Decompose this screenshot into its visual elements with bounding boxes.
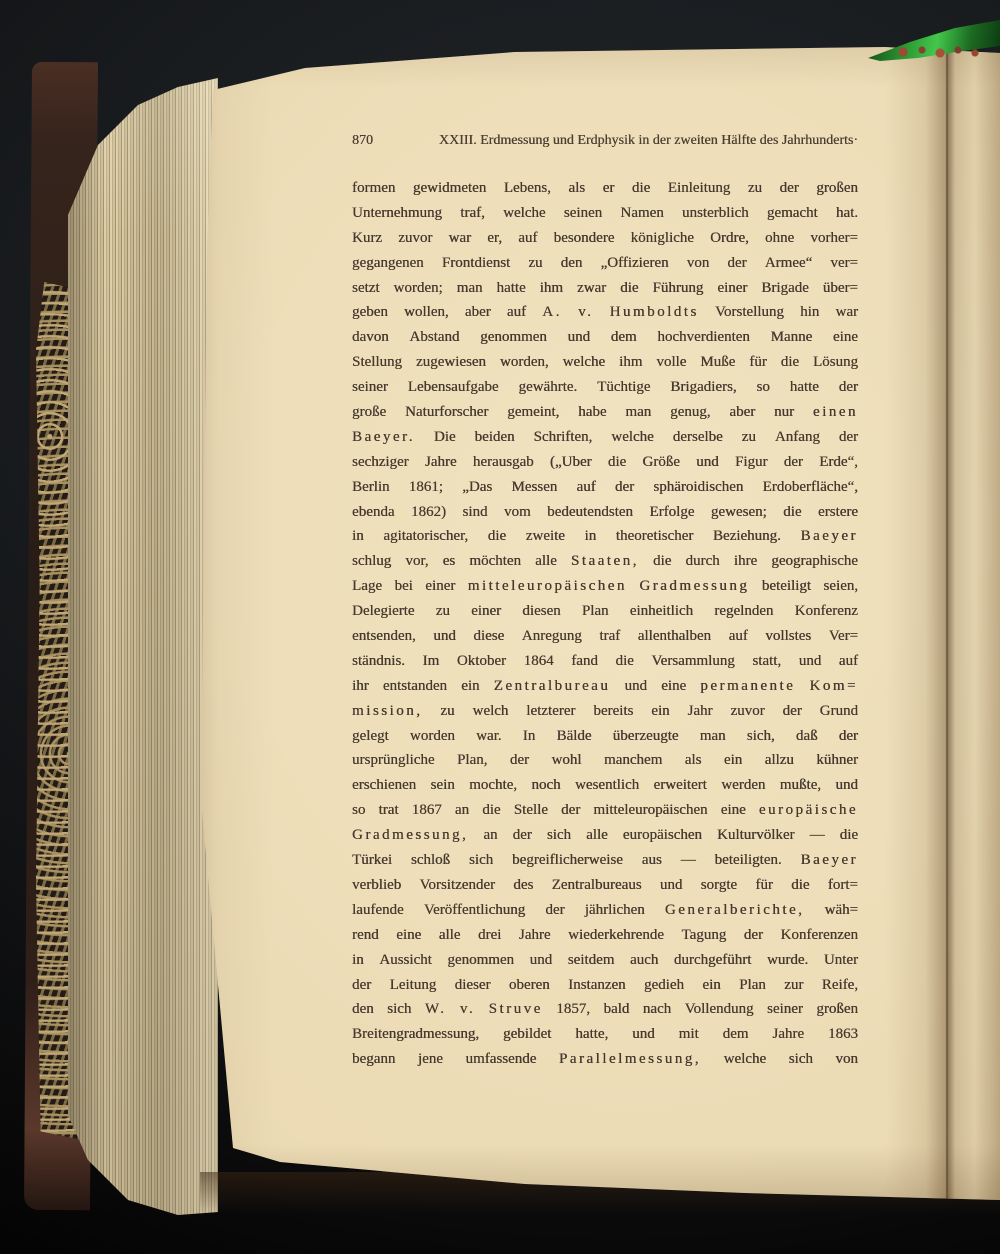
word: v. <box>578 300 593 325</box>
word: einer <box>717 276 747 301</box>
word: Staaten, <box>571 549 639 574</box>
word: mitteleuropäischen <box>593 798 707 823</box>
book-page: 870 XXIII. Erdmessung und Erdphysik in d… <box>185 40 1000 1215</box>
word: königliche <box>631 226 694 251</box>
word: hatte <box>496 276 525 301</box>
word: in <box>352 948 364 973</box>
word: sich <box>387 997 411 1022</box>
word: Plan <box>582 599 609 624</box>
word: eine <box>396 923 421 948</box>
word: die <box>783 500 801 525</box>
word: zu <box>436 599 450 624</box>
text-line: LagebeieinermitteleuropäischenGradmessun… <box>352 574 858 599</box>
text-line: inAussichtgenommenundseitdemauchdurchgef… <box>352 948 858 973</box>
word: Vorsitzender <box>419 873 495 898</box>
word: seinen <box>564 201 602 226</box>
word: wiederkehrende <box>568 923 664 948</box>
word: vollstes <box>765 624 811 649</box>
word: Instanzen <box>568 973 625 998</box>
word: von <box>687 251 710 276</box>
word: die <box>608 450 626 475</box>
word: die <box>620 276 638 301</box>
word: sind <box>462 500 487 525</box>
word: die <box>791 873 809 898</box>
fanned-page-edges <box>68 75 218 1215</box>
chapter-header: XXIII. Erdmessung und Erdphysik in der z… <box>439 133 858 149</box>
running-head: 870 XXIII. Erdmessung und Erdphysik in d… <box>352 133 858 153</box>
word: mission, <box>352 699 422 724</box>
word: Bälde <box>556 724 591 749</box>
word: begann <box>352 1047 395 1072</box>
word: Plan <box>739 973 766 998</box>
word: erschienen <box>352 773 416 798</box>
text-line: rendeinealledreiJahrewiederkehrendeTagun… <box>352 923 858 948</box>
word: für <box>755 873 773 898</box>
word: so <box>756 375 769 400</box>
word: die <box>781 350 799 375</box>
word: besondere <box>554 226 615 251</box>
word: Kulturvölker <box>717 823 794 848</box>
text-line: derLeitungdieseroberenInstanzengediehein… <box>352 973 858 998</box>
word: theoretischer <box>616 524 693 549</box>
word: diesen <box>522 599 560 624</box>
word: gemeint, <box>507 400 559 425</box>
word: Unter <box>824 948 858 973</box>
word: mit <box>679 1022 699 1047</box>
word: zugewiesen <box>416 350 486 375</box>
word: sorgte <box>701 873 737 898</box>
word: der <box>839 375 858 400</box>
word: der <box>727 251 746 276</box>
text-line: Stellungzugewiesenworden,welcheihmvolleM… <box>352 350 858 375</box>
word: Schriften, <box>534 425 593 450</box>
word: ursprüngliche <box>352 748 434 773</box>
word: ihr <box>352 674 369 699</box>
word: einer <box>471 599 501 624</box>
word: und <box>624 674 647 699</box>
word: europäische <box>759 798 858 823</box>
word: daß <box>796 724 818 749</box>
word: nur <box>774 400 794 425</box>
word: fort= <box>828 873 858 898</box>
word: 1863 <box>828 1022 858 1047</box>
word: wäh= <box>825 898 858 923</box>
word: und <box>799 649 822 674</box>
printed-content: 870 XXIII. Erdmessung und Erdphysik in d… <box>352 133 858 1072</box>
word: („Uber <box>550 450 592 475</box>
word: seitdem <box>568 948 615 973</box>
word: Gradmessung <box>639 574 749 599</box>
word: ihm <box>540 276 563 301</box>
word: dem <box>723 1022 749 1047</box>
word: zu <box>528 251 542 276</box>
word: auf <box>518 226 537 251</box>
word: der <box>545 898 564 923</box>
word: Ordre, <box>710 226 749 251</box>
word: A. <box>542 300 562 325</box>
word: noch <box>531 773 560 798</box>
word: aber <box>465 300 491 325</box>
word: zu <box>440 699 454 724</box>
word: Baeyer. <box>352 425 415 450</box>
word: so <box>352 798 365 823</box>
word: sich <box>469 848 493 873</box>
word: europäischen <box>623 823 702 848</box>
word: gegangenen <box>352 251 424 276</box>
word: mußte, <box>780 773 821 798</box>
word: der <box>615 475 634 500</box>
word: Lösung <box>813 350 858 375</box>
word: W. <box>425 997 447 1022</box>
word: Berlin <box>352 475 390 500</box>
word: man <box>457 276 483 301</box>
word: von <box>835 1047 858 1072</box>
word: Humboldts <box>610 300 699 325</box>
word: zu <box>742 425 756 450</box>
word: vom <box>504 500 531 525</box>
word: Lebensaufgabe <box>408 375 499 400</box>
word: Einleitung <box>668 176 731 201</box>
word: Grund <box>820 699 858 724</box>
text-line: gegangenenFrontdienstzuden„Offizierenvon… <box>352 251 858 276</box>
word: Vorstellung <box>715 300 784 325</box>
page-gutter-fold <box>885 40 1000 1215</box>
word: Messen <box>511 475 557 500</box>
word: die <box>488 524 506 549</box>
word: welche <box>724 1047 766 1072</box>
word: war <box>835 300 858 325</box>
word: auch <box>630 948 658 973</box>
word: die <box>615 649 633 674</box>
word: welche <box>563 350 605 375</box>
word: Kom= <box>809 674 857 699</box>
text-line: Baeyer.DiebeidenSchriften,welchederselbe… <box>352 425 858 450</box>
word: an <box>455 798 469 823</box>
word: zur <box>784 973 803 998</box>
word: Tagung <box>681 923 726 948</box>
word: zwar <box>577 276 606 301</box>
text-line: laufendeVeröffentlichungderjährlichenGen… <box>352 898 858 923</box>
word: Jahr <box>688 699 713 724</box>
word: kühner <box>816 748 858 773</box>
word: 1864 <box>524 649 554 674</box>
word: Abstand <box>409 325 459 350</box>
word: Generalberichte, <box>665 898 805 923</box>
gutter-crease-line <box>946 40 948 1215</box>
word: den <box>561 251 583 276</box>
word: Lage <box>352 574 382 599</box>
word: Gradmessung, <box>352 823 468 848</box>
word: man <box>625 400 651 425</box>
word: aus <box>642 848 662 873</box>
word: genug, <box>670 400 710 425</box>
word: Muße <box>700 350 735 375</box>
text-line: erschienenseinmochte,nochwesentlicherwei… <box>352 773 858 798</box>
word: Kurz <box>352 226 382 251</box>
text-line: mission,zuwelchletztererbereitseinJahrzu… <box>352 699 858 724</box>
word: welche <box>503 201 545 226</box>
word: als <box>685 748 702 773</box>
word: formen <box>352 176 395 201</box>
word: 1857, <box>556 997 590 1022</box>
text-line: Unternehmungtraf,welcheseinenNamenunster… <box>352 201 858 226</box>
word: Armee“ <box>765 251 812 276</box>
word: dem <box>611 325 637 350</box>
word: — <box>810 823 825 848</box>
word: diese <box>473 624 504 649</box>
text-line: seinerLebensaufgabegewährte.TüchtigeBrig… <box>352 375 858 400</box>
word: ein <box>702 973 720 998</box>
word: den <box>352 997 374 1022</box>
word: und <box>568 325 591 350</box>
text-line: ihrentstandeneinZentralbureauundeineperm… <box>352 674 858 699</box>
word: beteiligt <box>762 574 811 599</box>
word: zweite <box>526 524 565 549</box>
word: Lebens, <box>504 176 551 201</box>
text-line: gebenwollen,aberaufA.v.HumboldtsVorstell… <box>352 300 858 325</box>
word: und <box>632 1022 655 1047</box>
word: jene <box>418 1047 443 1072</box>
word: gemacht <box>767 201 818 226</box>
word: Jahre <box>425 450 457 475</box>
word: Baeyer <box>801 848 858 873</box>
word: beteiligten. <box>715 848 782 873</box>
word: wurde. <box>767 948 808 973</box>
word: bald <box>603 997 629 1022</box>
word: 1862) <box>411 500 446 525</box>
text-line: setztworden;manhatteihmzwardieFührungein… <box>352 276 858 301</box>
word: mitteleuropäischen <box>468 574 627 599</box>
text-line: Gradmessung,andersichalleeuropäischenKul… <box>352 823 858 848</box>
word: mochte, <box>469 773 517 798</box>
word: begreiflicherweise <box>512 848 623 873</box>
word: Vollendung <box>685 997 754 1022</box>
word: worden; <box>394 276 443 301</box>
text-line: davonAbstandgenommenunddemhochverdienten… <box>352 325 858 350</box>
word: verblieb <box>352 873 401 898</box>
word: Unternehmung <box>352 201 442 226</box>
word: Leitung <box>390 973 437 998</box>
word: sich <box>789 1047 813 1072</box>
word: Namen <box>620 201 663 226</box>
word: Aussicht <box>379 948 432 973</box>
word: welch <box>472 699 508 724</box>
edge-speckles <box>895 44 990 60</box>
word: davon <box>352 325 389 350</box>
text-line: verbliebVorsitzenderdesZentralbureausund… <box>352 873 858 898</box>
word: hochverdienten <box>657 325 749 350</box>
word: ständnis. <box>352 649 405 674</box>
word: Reife, <box>822 973 858 998</box>
word: worden, <box>500 350 549 375</box>
text-line: DelegiertezueinerdiesenPlaneinheitlichre… <box>352 599 858 624</box>
word: und <box>530 948 553 973</box>
word: sich, <box>747 724 775 749</box>
word: geographische <box>771 549 858 574</box>
word: ein <box>461 674 479 699</box>
word: vorher= <box>810 226 858 251</box>
word: der <box>783 699 802 724</box>
word: hin <box>800 300 819 325</box>
word: erweitert <box>654 773 707 798</box>
word: Größe <box>642 450 680 475</box>
word: und <box>433 624 456 649</box>
body-text: formengewidmetenLebens,alserdieEinleitun… <box>352 176 858 1072</box>
word: entsenden, <box>352 624 416 649</box>
word: durch <box>685 549 719 574</box>
word: erstere <box>818 500 858 525</box>
word: gelegt <box>352 724 389 749</box>
word: permanente <box>700 674 795 699</box>
word: sechziger <box>352 450 409 475</box>
word: zuvor <box>398 226 432 251</box>
word: der <box>784 450 803 475</box>
word: volle <box>656 350 686 375</box>
word: In <box>523 724 536 749</box>
word: und <box>660 873 683 898</box>
word: Brigade <box>761 276 808 301</box>
word: man <box>700 724 726 749</box>
word: habe <box>578 400 606 425</box>
word: „Das <box>462 475 492 500</box>
word: derselbe <box>673 425 723 450</box>
word: statt, <box>752 649 781 674</box>
word: er <box>603 176 615 201</box>
word: geben <box>352 300 388 325</box>
word: Anfang <box>775 425 820 450</box>
word: alle <box>439 923 461 948</box>
word: laufende <box>352 898 404 923</box>
word: gewesen; <box>711 500 767 525</box>
word: ebenda <box>352 500 394 525</box>
book-photograph: 870 XXIII. Erdmessung und Erdphysik in d… <box>0 0 1000 1254</box>
word: bereits <box>593 699 633 724</box>
word: des <box>513 873 533 898</box>
word: Führung <box>652 276 703 301</box>
word: allzu <box>765 748 794 773</box>
word: Konferenzen <box>781 923 858 948</box>
word: aber <box>729 400 755 425</box>
word: oberen <box>509 973 550 998</box>
page-number: 870 <box>352 133 373 149</box>
word: großen <box>816 997 858 1022</box>
word: seiner <box>352 375 388 400</box>
word: für <box>749 350 767 375</box>
word: er, <box>487 226 502 251</box>
word: der <box>352 973 371 998</box>
word: der <box>839 724 858 749</box>
word: agitatorischer, <box>383 524 468 549</box>
word: Zentralbureau <box>494 674 611 699</box>
word: dieser <box>455 973 491 998</box>
word: Konferenz <box>795 599 858 624</box>
word: Türkei <box>352 848 392 873</box>
word: auf <box>839 649 858 674</box>
text-line: inagitatorischer,diezweiteintheoretische… <box>352 524 858 549</box>
word: möchten <box>469 549 521 574</box>
text-line: sechzigerJahreherausgab(„UberdieGrößeund… <box>352 450 858 475</box>
word: Figur <box>735 450 768 475</box>
text-line: begannjeneumfassendeParallelmessung,welc… <box>352 1047 858 1072</box>
word: Erdoberfläche“, <box>763 475 858 500</box>
text-line: sotrat1867andieStelledermitteleuropäisch… <box>352 798 858 823</box>
word: großen <box>816 176 858 201</box>
word: Frontdienst <box>442 251 510 276</box>
word: auf <box>729 624 748 649</box>
word: manchem <box>604 748 662 773</box>
text-line: ursprünglichePlan,derwohlmanchemalseinal… <box>352 748 858 773</box>
word: in <box>584 524 596 549</box>
word: unsterblich <box>682 201 749 226</box>
word: entstanden <box>383 674 447 699</box>
text-line: Breitengradmessung,gebildethatte,undmitd… <box>352 1022 858 1047</box>
word: es <box>443 549 456 574</box>
word: Erde“, <box>819 450 858 475</box>
word: bedeutendsten <box>547 500 633 525</box>
word: Versammlung <box>651 649 734 674</box>
word: hatte <box>790 375 819 400</box>
word: der <box>744 923 763 948</box>
word: sich <box>547 823 571 848</box>
word: Manne <box>771 325 813 350</box>
text-line: schlugvor,esmöchtenalleStaaten,diedurchi… <box>352 549 858 574</box>
word: auf <box>577 475 596 500</box>
text-line: densichW.v.Struve1857,baldnachVollendung… <box>352 997 858 1022</box>
word: der <box>839 425 858 450</box>
word: ihm <box>619 350 642 375</box>
word: die <box>840 823 858 848</box>
word: die <box>632 176 650 201</box>
word: Stellung <box>352 350 402 375</box>
text-line: ständnis.ImOktober1864fanddieVersammlung… <box>352 649 858 674</box>
word: Die <box>434 425 456 450</box>
word: zuvor <box>730 699 764 724</box>
word: umfassende <box>466 1047 537 1072</box>
word: überzeugte <box>613 724 679 749</box>
word: nach <box>643 997 671 1022</box>
word: ein <box>724 748 742 773</box>
word: Jahre <box>772 1022 804 1047</box>
word: auf <box>507 300 526 325</box>
word: an <box>483 823 497 848</box>
word: fand <box>571 649 598 674</box>
word: Ver= <box>829 624 858 649</box>
word: traf <box>599 624 620 649</box>
word: der <box>780 176 799 201</box>
word: hat. <box>836 201 858 226</box>
word: Oktober <box>457 649 506 674</box>
word: eine <box>661 674 686 699</box>
word: Im <box>423 649 440 674</box>
word: seien, <box>823 574 858 599</box>
word: die <box>653 549 671 574</box>
word: der <box>561 798 580 823</box>
word: wollen, <box>404 300 449 325</box>
word: gedieh <box>644 973 684 998</box>
word: beiden <box>475 425 515 450</box>
word: große <box>352 400 386 425</box>
word: jährlichen <box>585 898 645 923</box>
word: gewidmeten <box>413 176 486 201</box>
word: schlug <box>352 549 391 574</box>
word: Baeyer <box>800 524 857 549</box>
word: die <box>482 798 500 823</box>
word: in <box>352 524 364 549</box>
word: Beziehung. <box>713 524 781 549</box>
word: eine <box>833 325 858 350</box>
word: gebildet <box>503 1022 551 1047</box>
word: vor, <box>405 549 428 574</box>
